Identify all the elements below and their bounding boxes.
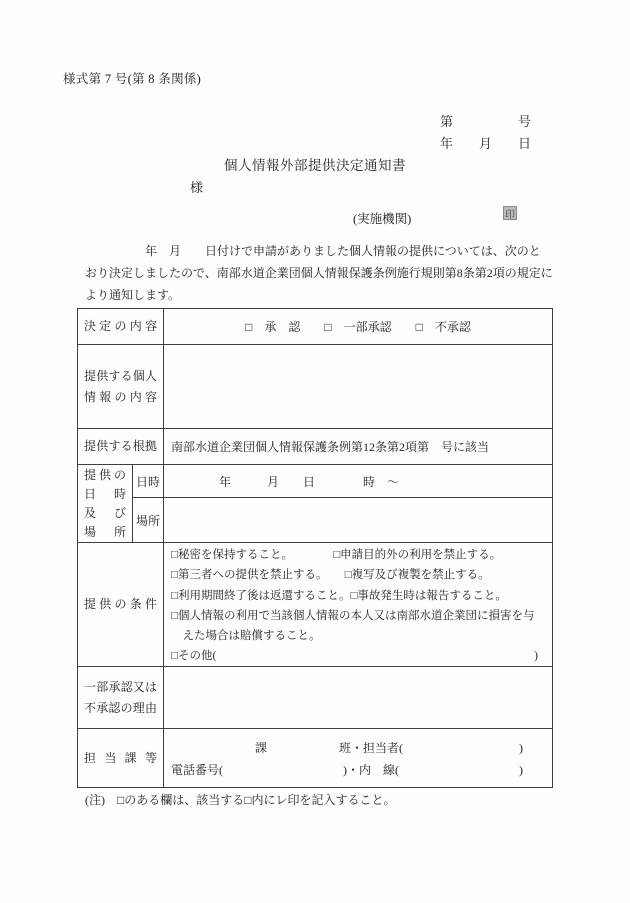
- datetime-place-right: 日時 年 月 日 時 ～ 場所: [133, 465, 552, 542]
- place-sublabel: 場所: [133, 498, 164, 542]
- form-number: 様式第 7 号(第 8 条関係): [63, 69, 201, 87]
- condition-line-4: □個人情報の利用で当該個人情報の本人又は南部水道企業団に損害を与: [171, 606, 545, 626]
- datetime-place-label-line1: 提供の: [84, 466, 126, 485]
- notification-form-table: 決定の内容 □ 承 認 □ 一部承認 □ 不承認 提供する個人 情報の内容 提供…: [77, 308, 553, 788]
- reason-label-line1: 一部承認又は: [84, 677, 157, 698]
- datetime-place-label-line3: 及び: [84, 504, 126, 523]
- decision-options-cell: □ 承 認 □ 一部承認 □ 不承認: [164, 309, 552, 344]
- datetime-value-cell: 年 月 日 時 ～: [164, 465, 552, 497]
- intro-line-2: おり決定しましたので、南部水道企業団個人情報保護条例施行規則第8条第2項の規定に: [85, 262, 553, 284]
- addressee-label: 様: [190, 177, 203, 196]
- document-date-line: 年 月 日: [440, 133, 531, 155]
- contact-line2-close: ): [519, 759, 523, 781]
- table-row-conditions: 提供の条件 □秘密を保持すること。 □申請目的外の利用を禁止する。 □第三者への…: [78, 543, 552, 667]
- condition-line-other: □その他( ): [171, 646, 545, 666]
- condition-line-1: □秘密を保持すること。 □申請目的外の利用を禁止する。: [171, 545, 545, 565]
- condition-line-3: □利用期間終了後は返還すること。□事故発生時は報告すること。: [171, 586, 545, 606]
- place-value-cell: [164, 498, 552, 542]
- basis-label-cell: 提供する根拠: [78, 429, 164, 464]
- conditions-label-cell: 提供の条件: [78, 543, 164, 666]
- document-number-line: 第 号: [440, 111, 531, 133]
- basis-content-cell: 南部水道企業団個人情報保護条例第12条第2項第 号に該当: [164, 429, 552, 464]
- contact-label-cell: 担当課等: [78, 729, 164, 787]
- contact-line1-left: 課 班・担当者(: [171, 737, 403, 759]
- datetime-sublabel: 日時: [133, 465, 164, 497]
- condition-line-2: □第三者への提供を禁止する。 □複写及び複製を禁止する。: [171, 565, 545, 585]
- table-row-basis: 提供する根拠 南部水道企業団個人情報保護条例第12条第2項第 号に該当: [78, 429, 552, 465]
- table-row-contact: 担当課等 課 班・担当者( ) 電話番号( )・内 線( ): [78, 729, 552, 787]
- personal-info-label-line1: 提供する個人: [84, 366, 157, 387]
- basis-label: 提供する根拠: [84, 436, 157, 457]
- personal-info-label-cell: 提供する個人 情報の内容: [78, 345, 164, 428]
- intro-line-1: 年 月 日付けで申請がありました個人情報の提供については、次のと: [85, 240, 553, 262]
- reason-label-cell: 一部承認又は 不承認の理由: [78, 667, 164, 728]
- intro-line-3: より通知します。: [85, 284, 553, 306]
- decision-label-cell: 決定の内容: [78, 309, 164, 344]
- datetime-place-label-cell: 提供の 日時 及び 場所: [78, 465, 133, 542]
- seal-icon: 印: [503, 206, 517, 220]
- reason-content-cell: [164, 667, 552, 728]
- intro-paragraph: 年 月 日付けで申請がありました個人情報の提供については、次のと おり決定しまし…: [85, 240, 553, 306]
- datetime-place-label-line2: 日時: [84, 485, 126, 504]
- contact-line-2: 電話番号( )・内 線( ): [171, 759, 545, 781]
- contact-label: 担当課等: [84, 748, 157, 769]
- decision-label: 決定の内容: [84, 316, 157, 337]
- conditions-content-cell: □秘密を保持すること。 □申請目的外の利用を禁止する。 □第三者への提供を禁止す…: [164, 543, 552, 666]
- table-row-reason: 一部承認又は 不承認の理由: [78, 667, 552, 729]
- contact-line1-close: ): [519, 737, 523, 759]
- table-row-personal-info: 提供する個人 情報の内容: [78, 345, 552, 429]
- personal-info-label-line2: 情報の内容: [84, 387, 157, 408]
- datetime-place-label-line4: 場所: [84, 523, 126, 542]
- document-page: 様式第 7 号(第 8 条関係) 第 号 年 月 日 個人情報外部提供決定通知書…: [0, 0, 630, 903]
- table-row-datetime-place: 提供の 日時 及び 場所 日時 年 月 日 時 ～ 場所: [78, 465, 552, 543]
- personal-info-content-cell: [164, 345, 552, 428]
- page-title: 個人情報外部提供決定通知書: [0, 154, 630, 174]
- footnote: (注) □のある欄は、該当する□内にレ印を記入すること。: [85, 791, 396, 808]
- conditions-label: 提供の条件: [84, 594, 157, 615]
- datetime-subrow: 日時 年 月 日 時 ～: [133, 465, 552, 498]
- condition-line-5: えた場合は賠償すること。: [171, 626, 545, 646]
- document-number-block: 第 号 年 月 日: [440, 111, 531, 155]
- decision-checkbox-options: □ 承 認 □ 一部承認 □ 不承認: [171, 318, 545, 335]
- datetime-value: 年 月 日 時 ～: [171, 473, 545, 490]
- reason-label-line2: 不承認の理由: [84, 698, 157, 719]
- table-row-decision: 決定の内容 □ 承 認 □ 一部承認 □ 不承認: [78, 309, 552, 345]
- issuing-agency-label: (実施機関): [353, 209, 411, 227]
- place-subrow: 場所: [133, 498, 552, 542]
- condition-other-close: ): [534, 646, 538, 666]
- contact-line2-left: 電話番号( )・内 線(: [171, 759, 399, 781]
- contact-line-1: 課 班・担当者( ): [171, 737, 545, 759]
- condition-other-open: □その他(: [171, 646, 216, 666]
- contact-content-cell: 課 班・担当者( ) 電話番号( )・内 線( ): [164, 729, 552, 787]
- basis-content: 南部水道企業団個人情報保護条例第12条第2項第 号に該当: [171, 438, 545, 455]
